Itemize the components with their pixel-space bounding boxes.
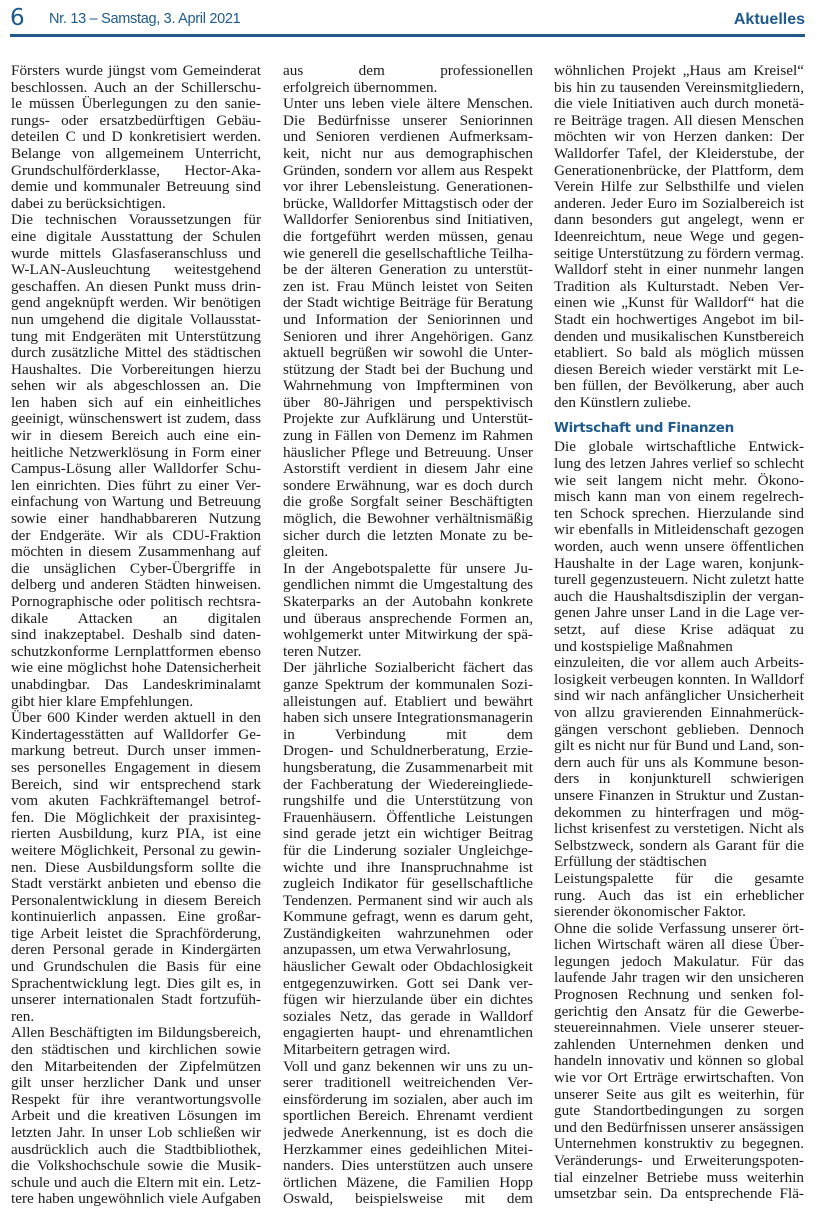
- text-line: haben sich unsere Integrationsmanagerin: [283, 710, 533, 727]
- text-line: schule und auch die Eltern mit ein. Letz…: [11, 1175, 261, 1192]
- text-line: Frauenhäusern. Öffentliche Leistungen: [283, 810, 533, 827]
- text-line: häuslicher Pflege und Betreuung. Unser: [283, 445, 533, 462]
- text-line: misch kann man von einem regelrech-: [554, 489, 804, 506]
- text-line: zung in Fällen von Demenz im Rahmen: [283, 428, 533, 445]
- text-line: unabdingbar. Das Landeskriminalamt: [11, 677, 261, 694]
- text-line: die große Sorgfalt seiner Beschäftigten: [283, 494, 533, 511]
- section-title: Aktuelles: [734, 10, 805, 30]
- text-line: deren Personal gerade in Kindergärten: [11, 942, 261, 959]
- text-line: Selbstzweck, sondern als Garant für die: [554, 838, 804, 855]
- text-line: der Stadt wichtige Beiträge für Beratung: [283, 295, 533, 312]
- text-line: Kindertagesstätten auf Walldorfer Ge-: [11, 727, 261, 744]
- text-line: und Senioren verdienen Aufmerksam-: [283, 129, 533, 146]
- text-line: Walldorfer Tafel, der Kleiderstube, der: [554, 146, 804, 163]
- text-line: legungen jedoch Makulatur. Für das: [554, 954, 804, 971]
- page-header: 6 Nr. 13 – Samstag, 3. April 2021 Aktuel…: [10, 0, 805, 36]
- text-line: Drogen- und Schuldnerberatung, Erzie-: [283, 743, 533, 760]
- text-line: Unternehmen konstruktiv zu begegnen.: [554, 1136, 804, 1153]
- text-line: nanders. Dies unterstützen auch unsere: [283, 1158, 533, 1175]
- text-line: einfachung von Wartung und Betreuung: [11, 494, 261, 511]
- text-line: gilt es nicht nur für Bund und Land, son…: [554, 738, 804, 755]
- text-line: serer traditionell weitreichenden Ver-: [283, 1075, 533, 1092]
- text-line: schutzkonforme Lernplattformen ebenso: [11, 644, 261, 661]
- text-line: den Künstlern zuliebe.: [554, 395, 804, 412]
- text-line: Respekt für ihre verantwortungsvolle: [11, 1092, 261, 1109]
- text-line: geschaffen. An diesen Punkt muss drin-: [11, 279, 261, 296]
- text-line: Stadt verstärkt anbieten und ebenso die: [11, 876, 261, 893]
- text-line: dabei zu berücksichtigen.: [11, 196, 261, 213]
- text-line: keit, nicht nur aus demographischen: [283, 146, 533, 163]
- text-line: rungs- oder ersatzbedürftigen Gebäu-: [11, 113, 261, 130]
- text-line: Die technischen Voraussetzungen für: [11, 212, 261, 229]
- text-line: Arbeit und die kreativen Lösungen im: [11, 1108, 261, 1125]
- text-line: Personalentwicklung in diesem Bereich: [11, 893, 261, 910]
- text-line: den Mitarbeitenden der Zipfelmützen: [11, 1059, 261, 1076]
- text-line: nen. Diese Ausbildungsform sollte die: [11, 860, 261, 877]
- text-line: Ohne die solide Verfassung unserer ört-: [554, 921, 804, 938]
- text-line: tige Arbeit leistet die Sprachförderung,: [11, 926, 261, 943]
- text-line: wir in diesem Bereich auch eine ein-: [11, 428, 261, 445]
- text-line: wie generell die gesellschaftliche Teilh…: [283, 246, 533, 263]
- text-line: Der jährliche Sozialbericht fächert das: [283, 660, 533, 677]
- text-line: steuereinnahmen. Viele unserer steuer-: [554, 1020, 804, 1037]
- text-line: Verein Hilfe zur Selbsthilfe und vielen: [554, 179, 804, 196]
- text-line: Skaterparks an der Autobahn konkrete: [283, 594, 533, 611]
- text-line: die viele Initiativen auch durch monetä-: [554, 96, 804, 113]
- text-line: ses personelles Engagement in diesem: [11, 760, 261, 777]
- text-line: geeinigt, wünschenswert ist zudem, dass: [11, 411, 261, 428]
- text-line: lichen Wirtschaft wären all diese Über-: [554, 937, 804, 954]
- text-line: gilt unser herzlicher Dank und unser: [11, 1075, 261, 1092]
- text-line: demie und kommunaler Betreuung sind: [11, 179, 261, 196]
- text-line: jedwede Anerkennung, ist es doch die: [283, 1125, 533, 1142]
- text-line: len haben sich auf ein einheitliches Ger…: [11, 395, 261, 412]
- text-line: und Information der Seniorinnen und: [283, 312, 533, 329]
- text-line: laufende Jahr tragen wir den unsicheren: [554, 970, 804, 987]
- article-column-2: aus dem professionellen Bildungsbereiche…: [283, 63, 533, 1208]
- text-line: unserer internationalen Stadt fortzufüh-: [11, 992, 261, 1009]
- text-line: Tradition als Kulturstadt. Neben Ver-: [554, 279, 804, 296]
- text-line: Unter uns leben viele ältere Menschen.: [283, 96, 533, 113]
- text-line: tere haben ungewöhnlich viele Aufgaben: [11, 1191, 261, 1208]
- text-line: dann besonders gut angelegt, wenn er: [554, 212, 804, 229]
- text-line: unserer Seite aus gilt es weiterhin, für: [554, 1087, 804, 1104]
- page-number: 6: [10, 4, 25, 32]
- text-line: ganze Spektrum der kommunalen Sozi-: [283, 677, 533, 694]
- text-line: Oswald, beispielsweise mit dem außerge-: [283, 1191, 533, 1208]
- text-line: möchten wir von Herzen danken: Der: [554, 129, 804, 146]
- text-line: heitliche Netzwerklösung in Form einer: [11, 445, 261, 462]
- text-line: Walldorfer Seniorenbus sind Initiativen,: [283, 212, 533, 229]
- text-line: le müssen Überlegungen zu den sanie-: [11, 96, 261, 113]
- text-line: be der älteren Generation zu unterstüt-: [283, 262, 533, 279]
- text-line: und kostspielige Maßnahmen: [554, 639, 804, 656]
- text-line: die unsäglichen Cyber-Übergriffe in Hei-: [11, 561, 261, 578]
- text-line: brücke, Walldorfer Mittagstisch oder der: [283, 196, 533, 213]
- text-line: häuslicher Gewalt oder Obdachlosigkeit: [283, 959, 533, 976]
- text-line: die Volkshochschule sowie die Musik-: [11, 1158, 261, 1175]
- text-line: entgegenzuwirken. Gott sei Dank ver-: [283, 976, 533, 993]
- text-line: letzten Jahr. In unser Lob schließen wir: [11, 1125, 261, 1142]
- text-line: Gründen, sondern vor allem aus Respekt: [283, 163, 533, 180]
- text-line: Wahrnehmung von Impfterminen von: [283, 378, 533, 395]
- text-line: aus dem professionellen Bildungsbereich: [283, 63, 533, 80]
- text-line: der Fachberatung der Wiedereingliede-: [283, 777, 533, 794]
- text-line: für die Linderung sozialer Ungleichge-: [283, 843, 533, 860]
- text-line: erfolgreich übernommen.: [283, 80, 533, 97]
- text-line: umsetzbar sein. Da entsprechende Flä-: [554, 1186, 804, 1203]
- text-line: alleistungen auf. Etabliert und bewährt: [283, 694, 533, 711]
- text-line: Erfüllung der städtischen: [554, 854, 804, 871]
- text-line: vom akuten Fachkräftemangel betrof-: [11, 793, 261, 810]
- text-line: und überaus ansprechende Formen an,: [283, 611, 533, 628]
- text-line: ben füllen, der Bevölkerung, aber auch: [554, 378, 804, 395]
- text-line: Haushalte in der Lage waren, konjunk-: [554, 556, 804, 573]
- text-line: sierender ökonomischer Faktor.: [554, 904, 804, 921]
- text-line: Walldorf steht in einer nunmehr langen: [554, 262, 804, 279]
- text-line: turell gegenzusteuern. Nicht zuletzt hat…: [554, 572, 804, 589]
- text-line: Senioren und ihrer Angehörigen. Ganz: [283, 329, 533, 346]
- text-line: der Endgeräte. Wir als CDU-Fraktion: [11, 528, 261, 545]
- text-line: gute Standortbedingungen zu sorgen: [554, 1103, 804, 1120]
- text-line: engagierten haupt- und ehrenamtlichen: [283, 1025, 533, 1042]
- text-line: eine digitale Ausstattung der Schulen: [11, 229, 261, 246]
- text-line: sowie einer handhabbareren Nutzung: [11, 511, 261, 528]
- text-line: zahlenden Unternehmen denken und: [554, 1037, 804, 1054]
- text-line: bis hin zu tausenden Vereinsmitgliedern,: [554, 80, 804, 97]
- text-line: in Verbindung mit dem Begegnungshaus,: [283, 727, 533, 744]
- text-line: sind inakzeptabel. Deshalb sind daten-: [11, 627, 261, 644]
- text-line: Kommune gefragt, wenn es darum geht,: [283, 909, 533, 926]
- text-line: Stadt ein hochwertiges Angebot im bil-: [554, 312, 804, 329]
- text-line: dikale Attacken an digitalen Schulgeräte…: [11, 611, 261, 628]
- text-line: einsförderung im sozialen, aber auch im: [283, 1092, 533, 1109]
- text-line: Belange von allgemeinem Unterricht,: [11, 146, 261, 163]
- text-line: gendlichen nimmt die Umgestaltung des: [283, 577, 533, 594]
- text-line: aktuell begrüßen wir sowohl die Unter-: [283, 345, 533, 362]
- text-line: rung. Auch das ist ein erheblicher stabi…: [554, 888, 804, 905]
- text-line: den städtischen und kirchlichen sowie: [11, 1042, 261, 1059]
- text-line: gend angeknüpft werden. Wir benötigen: [11, 295, 261, 312]
- text-line: Sprachentwicklung legt. Dies gilt es, in: [11, 976, 261, 993]
- text-line: wöhnlichen Projekt „Haus am Kreisel“: [554, 63, 804, 80]
- text-line: In der Angebotspalette für unsere Ju-: [283, 561, 533, 578]
- text-line: ten Schock sprechen. Hierzulande sind: [554, 506, 804, 523]
- text-line: fügen wir hierzulande über ein dichtes: [283, 992, 533, 1009]
- text-line: sind gerade jetzt ein wichtiger Beitrag: [283, 826, 533, 843]
- text-line: wie eine möglichst hohe Datensicherheit: [11, 660, 261, 677]
- text-line: denden und musikalischen Kunstbereich: [554, 329, 804, 346]
- text-line: genen Jahre unser Land in die Lage ver-: [554, 605, 804, 622]
- text-line: Die globale wirtschaftliche Entwick-: [554, 439, 804, 456]
- text-line: örtlichen Mäzene, die Familien Hopp und: [283, 1175, 533, 1192]
- text-line: gibt hier klare Empfehlungen.: [11, 694, 261, 711]
- text-line: teren Nutzer.: [283, 644, 533, 661]
- text-line: wir ebenfalls in Mitleidenschaft gezogen: [554, 522, 804, 539]
- text-line: Herzkammer eines gedeihlichen Mitei-: [283, 1142, 533, 1159]
- text-line: markung betreut. Durch unser immen-: [11, 743, 261, 760]
- text-line: kontinuierlich anpassen. Eine großar-: [11, 909, 261, 926]
- text-line: die fortgeführt werden müssen, genau: [283, 229, 533, 246]
- text-line: deteilen C und D konkretisiert werden.: [11, 129, 261, 146]
- text-line: Veränderungs- und Erweiterungspoten-: [554, 1153, 804, 1170]
- text-line: tung mit Endgeräten mit Unterstützung: [11, 329, 261, 346]
- text-line: Prognosen Rechnung und senken fol-: [554, 987, 804, 1004]
- text-line: wohlgemerkt unter Mitwirkung der spä-: [283, 627, 533, 644]
- text-line: worden, auch wenn unsere öffentlichen: [554, 539, 804, 556]
- text-line: und Grundschulen die Basis für eine gute: [11, 959, 261, 976]
- text-line: Die Bedürfnisse unserer Seniorinnen: [283, 113, 533, 130]
- text-line: unsere Finanzen in Struktur und Zustan-: [554, 788, 804, 805]
- text-line: nun umgehend die digitale Vollausstat-: [11, 312, 261, 329]
- text-line: delberg und anderen Städten hinweisen.: [11, 577, 261, 594]
- text-line: anzupassen, um etwa Verwahrlosung,: [283, 942, 533, 959]
- text-line: Haushaltes. Die Vorbereitungen hierzu: [11, 362, 261, 379]
- text-line: Voll und ganz bekennen wir uns zu un-: [283, 1059, 533, 1076]
- section-heading: Wirtschaft und Finanzen: [554, 417, 804, 439]
- text-line: Mitarbeitern getragen wird.: [283, 1042, 533, 1059]
- text-line: diesen Bereich wieder verstärkt mit Le-: [554, 362, 804, 379]
- issue-date: Nr. 13 – Samstag, 3. April 2021: [49, 10, 240, 28]
- text-line: gerichtig den Ansatz für die Gewerbe-: [554, 1004, 804, 1021]
- text-line: über 80-Jährigen und perspektivisch: [283, 395, 533, 412]
- text-line: Bereich, sind wir entsprechend stark: [11, 777, 261, 794]
- text-line: sondere Erwähnung, war es doch durch: [283, 478, 533, 495]
- text-line: Leistungspalette für die gesamte Bevölke…: [554, 871, 804, 888]
- text-line: Projekte zur Aufklärung und Unterstüt-: [283, 411, 533, 428]
- header-rule: [10, 34, 805, 37]
- text-line: anderen. Jeder Euro im Sozialbereich ist: [554, 196, 804, 213]
- text-line: lung des letzen Jahres verlief so schlec…: [554, 456, 804, 473]
- text-line: dekommen zu hinterfragen und mög-: [554, 805, 804, 822]
- text-line: möchten in diesem Zusammenhang auf: [11, 544, 261, 561]
- text-line: Grundschulförderklasse, Hector-Aka-: [11, 163, 261, 180]
- text-line: einzuleiten, die vor allem auch Arbeits-: [554, 655, 804, 672]
- text-line: soziales Netz, das gerade in Walldorf vo…: [283, 1009, 533, 1026]
- text-line: möglich, die Bewohner verhältnismäßig: [283, 511, 533, 528]
- text-line: Tendenzen. Permanent sind wir auch als: [283, 893, 533, 910]
- text-line: losigkeit verbeugen konnten. In Walldorf: [554, 672, 804, 689]
- text-line: ders in konjunkturell schwierigen Zeiten…: [554, 771, 804, 788]
- text-line: Generationenbrücke, der Plattform, dem: [554, 163, 804, 180]
- text-line: Ideenreichtum, neue Wege und gegen-: [554, 229, 804, 246]
- text-line: sportlichen Bereich. Ehrenamt verdient: [283, 1108, 533, 1125]
- text-line: fen. Die Möglichkeit der praxisinteg-: [11, 810, 261, 827]
- text-line: ausdrücklich auch die Stadtbibliothek,: [11, 1142, 261, 1159]
- text-line: einen wie „Kunst für Walldorf“ hat die: [554, 295, 804, 312]
- text-line: sind wir nach anfänglicher Unsicherheit: [554, 688, 804, 705]
- text-line: setzt, auf diese Krise adäquat zu reagie…: [554, 622, 804, 639]
- text-line: auch die Haushaltsdisziplin der vergan-: [554, 589, 804, 606]
- text-line: weitere Möglichkeit, Personal zu gewin-: [11, 843, 261, 860]
- text-line: sehen wir als abgeschlossen an. Die Schu…: [11, 378, 261, 395]
- text-line: hungsberatung, die Zusammenarbeit mit: [283, 760, 533, 777]
- text-line: rierten Ausbildung, kurz PIA, ist eine: [11, 826, 261, 843]
- article-column-1: Försters wurde jüngst vom Gemeinderatbes…: [11, 63, 261, 1208]
- text-line: W-LAN-Ausleuchtung weitestgehend: [11, 262, 261, 279]
- text-line: tial einzelner Betriebe muss weiterhin: [554, 1170, 804, 1187]
- text-line: zugleich Indikator für gesellschaftliche: [283, 876, 533, 893]
- text-line: Über 600 Kinder werden aktuell in den: [11, 710, 261, 727]
- text-line: Campus-Lösung aller Walldorfer Schu-: [11, 461, 261, 478]
- text-line: wichte und ihre Inanspruchnahme ist: [283, 860, 533, 877]
- text-line: durch zusätzliche Mittel des städtischen: [11, 345, 261, 362]
- text-line: sicher durch die letzten Monate zu be-: [283, 528, 533, 545]
- text-line: von allzu gravierenden Einnahmerück-: [554, 705, 804, 722]
- text-line: seitige Unterstützung zu fördern vermag.: [554, 246, 804, 263]
- text-line: len einrichten. Dies führt zu einer Ver-: [11, 478, 261, 495]
- text-line: Allen Beschäftigten im Bildungsbereich,: [11, 1025, 261, 1042]
- text-line: gleiten.: [283, 544, 533, 561]
- text-line: handeln innovativ und können so global: [554, 1053, 804, 1070]
- text-line: dern auch für uns als Kommune beson-: [554, 755, 804, 772]
- text-line: zen ist. Frau Münch leistet von Seiten: [283, 279, 533, 296]
- text-line: wurde mittels Glasfaseranschluss und: [11, 246, 261, 263]
- text-line: und den Bedürfnissen unserer ansässigen: [554, 1120, 804, 1137]
- text-line: etabliert. So bald als möglich müssen wi…: [554, 345, 804, 362]
- text-line: Astorstift verdient in diesem Jahr eine …: [283, 461, 533, 478]
- text-line: lichst krisenfest zu verstetigen. Nicht …: [554, 821, 804, 838]
- text-line: beschlossen. Auch an der Schillerschu-: [11, 80, 261, 97]
- text-line: stützung der Stadt bei der Buchung und: [283, 362, 533, 379]
- text-line: ren.: [11, 1009, 261, 1026]
- text-line: Försters wurde jüngst vom Gemeinderat: [11, 63, 261, 80]
- text-line: gängen verschont geblieben. Dennoch: [554, 722, 804, 739]
- text-line: re Beiträge tragen. All diesen Menschen: [554, 113, 804, 130]
- text-line: wie seit langem nicht mehr. Ökono-: [554, 473, 804, 490]
- text-line: vor ihrer Lebensleistung. Generationen-: [283, 179, 533, 196]
- text-line: rungshilfe und die Unterstützung von: [283, 793, 533, 810]
- text-line: wie vor Ort Erträge erwirtschaften. Von: [554, 1070, 804, 1087]
- article-column-3: wöhnlichen Projekt „Haus am Kreisel“bis …: [554, 63, 804, 1203]
- text-line: Zuständigkeiten wahrzunehmen oder: [283, 926, 533, 943]
- text-line: Pornographische oder politisch rechtsra-: [11, 594, 261, 611]
